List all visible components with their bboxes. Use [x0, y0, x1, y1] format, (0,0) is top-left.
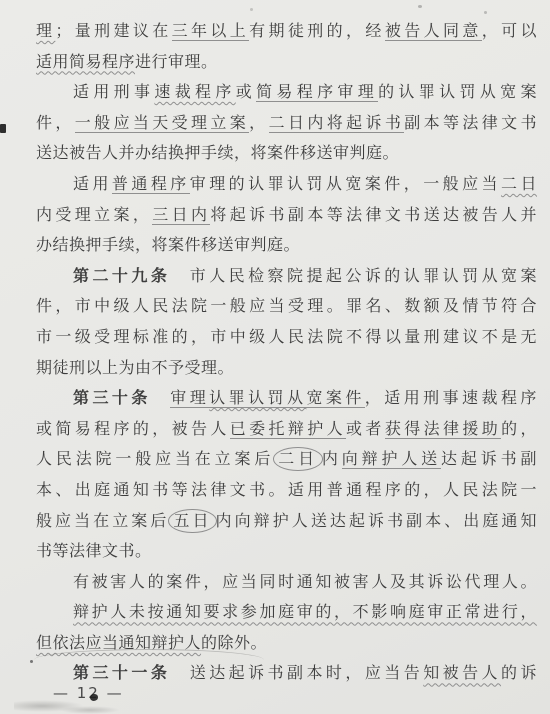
text-segment: 将起诉书副本等法律文书送达被告人并 — [210, 205, 537, 224]
text-line: 期徒刑以上为由不予受理。 — [36, 353, 537, 384]
text-segment: 办结换押手续，将案件移送审判庭。 — [36, 235, 300, 254]
pencil-circled-segment: 五日 — [168, 509, 216, 533]
text-segment: 般应当在立案后 — [36, 511, 169, 530]
text-segment: 进行审理。 — [135, 52, 218, 71]
text-segment: 市人民检察院提起公诉的认罪认罚从宽案 — [170, 266, 537, 285]
text-segment: 书等法律文书。 — [36, 541, 152, 560]
text-segment: 或简易程序的，被告人 — [36, 419, 230, 438]
text-line: 有被害人的案件，应当同时通知被害人及其诉讼代理人。 — [36, 567, 537, 598]
text-segment: 送达起诉书副本时，应当告 — [170, 663, 423, 682]
article-number: 第三十一条 — [73, 663, 170, 682]
pencil-circled-segment: 二日 — [273, 447, 323, 471]
text-segment: 或 — [236, 82, 256, 101]
scan-dot — [30, 660, 33, 663]
pencil-underlined-segment: 辩护人未按通知要求参加庭审的，不影响庭审正常进行， — [73, 602, 537, 621]
text-segment: 内受理立案， — [36, 205, 152, 224]
pencil-underlined-segment: 向辩护人送 — [342, 449, 441, 469]
pencil-underlined-segment: 二日 — [501, 174, 537, 193]
text-segment: 有期徒刑的，经 — [249, 21, 385, 40]
text-segment: 期徒刑以上为由不予受理。 — [36, 358, 234, 377]
pencil-underlined-segment: 适用简易程序 — [36, 52, 135, 71]
text-segment: 市一级受理标准的，市中级人民法院不得以量刑建议不是无 — [36, 327, 537, 346]
text-line: 件，一般应当天受理立案，二日内将起诉书副本等法律文书 — [36, 108, 537, 139]
text-segment: 人民法院一般应当在立案后 — [36, 449, 274, 468]
scan-smudge — [60, 706, 120, 714]
article-number: 第二十九条 — [73, 266, 170, 285]
document-body: 理；量刑建议在三年以上有期徒刑的，经被告人同意，可以适用简易程序进行审理。适用刑… — [36, 16, 537, 689]
pencil-underlined-segment: 审理 — [170, 388, 209, 408]
text-line: 市一级受理标准的，市中级人民法院不得以量刑建议不是无 — [36, 322, 537, 353]
text-segment: 件，市中级人民法院一般应当受理。罪名、数额及情节符合 — [36, 296, 537, 315]
text-segment: 副本等法律文书 — [404, 113, 537, 132]
text-segment: 适用 — [73, 174, 112, 193]
text-segment: 的诉 — [501, 663, 537, 682]
article-number: 第三十条 — [73, 388, 151, 407]
pencil-underlined-segment: 一般应当天受理立案 — [75, 113, 249, 133]
text-segment: 适用刑事 — [73, 82, 154, 101]
text-segment — [151, 388, 170, 407]
pencil-underlined-segment: 三日内 — [152, 205, 210, 225]
text-line: 送达被告人并办结换押手续，将案件移送审判庭。 — [36, 138, 537, 169]
text-line: 理；量刑建议在三年以上有期徒刑的，经被告人同意，可以 — [36, 16, 537, 47]
pencil-underlined-segment: 普通程序 — [112, 174, 190, 194]
text-segment: 审理的认罪认罚从宽案件，一般应当 — [190, 174, 501, 193]
text-line: 适用刑事速裁程序或简易程序审理的认罪认罚从宽案 — [36, 77, 537, 108]
scan-edge-mark — [0, 124, 6, 133]
text-line: 办结换押手续，将案件移送审判庭。 — [36, 230, 537, 261]
text-line: 第二十九条 市人民检察院提起公诉的认罪认罚从宽案 — [36, 261, 537, 292]
text-segment: 有被害人的案件，应当同时通知被害人及其诉讼代理人。 — [73, 572, 537, 591]
pencil-underlined-segment: 理 — [36, 21, 55, 40]
pencil-underlined-segment: 获得法律援助 — [385, 419, 501, 439]
pencil-underlined-segment: 宽案件 — [306, 388, 364, 408]
pencil-underlined-segment: 三年以上 — [172, 21, 250, 41]
text-line: 件，市中级人民法院一般应当受理。罪名、数额及情节符合 — [36, 291, 537, 322]
text-segment: ；量刑建议在 — [55, 21, 171, 40]
text-segment: ， — [249, 113, 268, 132]
text-segment: 送达被告人并办结换押手续，将案件移送审判庭。 — [36, 143, 399, 162]
text-line: 内受理立案，三日内将起诉书副本等法律文书送达被告人并 — [36, 200, 537, 231]
text-segment: 的认罪认罚从宽案 — [378, 82, 537, 101]
text-segment: 的， — [501, 419, 537, 438]
text-segment: 内 — [322, 449, 342, 468]
text-segment: 内向辩护人送达起诉书副本、出庭通知 — [216, 511, 537, 530]
scan-speck — [484, 11, 487, 14]
text-segment: 本、出庭通知书等法律文书。适用普通程序的，人民法院一 — [36, 480, 537, 499]
pencil-underlined-segment: 认罪认罚从 — [209, 388, 306, 408]
pencil-underlined-segment: 已委托辩护人 — [230, 419, 346, 439]
text-segment: 或者 — [346, 419, 385, 438]
pencil-underlined-segment: 知被告人 — [423, 663, 501, 682]
text-segment: ，适用刑事速裁程序 — [365, 388, 537, 407]
text-line: 本、出庭通知书等法律文书。适用普通程序的，人民法院一 — [36, 475, 537, 506]
pencil-underlined-segment: 二日内将起诉书 — [269, 113, 405, 133]
text-line: 适用简易程序进行审理。 — [36, 47, 537, 78]
scan-speck — [418, 5, 422, 8]
text-segment: ，可以 — [482, 21, 537, 40]
text-line: 适用普通程序审理的认罪认罚从宽案件，一般应当二日 — [36, 169, 537, 200]
text-segment: 达起诉书副 — [441, 449, 537, 468]
scan-speck — [250, 8, 253, 11]
text-line: 辩护人未按通知要求参加庭审的，不影响庭审正常进行， — [36, 597, 537, 628]
pencil-underlined-segment: 被告人同意 — [385, 21, 482, 41]
text-line: 书等法律文书。 — [36, 536, 537, 567]
text-line: 第三十条 审理认罪认罚从宽案件，适用刑事速裁程序 — [36, 383, 537, 414]
text-line: 般应当在立案后五日内向辩护人送达起诉书副本、出庭通知 — [36, 506, 537, 537]
scan-curve-artifact — [34, 649, 264, 664]
text-segment: 的除外。 — [201, 633, 267, 652]
text-segment: 件， — [36, 113, 75, 132]
pencil-underlined-segment: 速裁程序 — [154, 82, 235, 101]
scanned-page: 理；量刑建议在三年以上有期徒刑的，经被告人同意，可以适用简易程序进行审理。适用刑… — [0, 0, 550, 714]
text-line: 人民法院一般应当在立案后二日内向辩护人送达起诉书副 — [36, 444, 537, 475]
pencil-underlined-segment: 简易程序审理 — [256, 82, 378, 102]
text-line: 或简易程序的，被告人已委托辩护人或者获得法律援助的， — [36, 414, 537, 445]
